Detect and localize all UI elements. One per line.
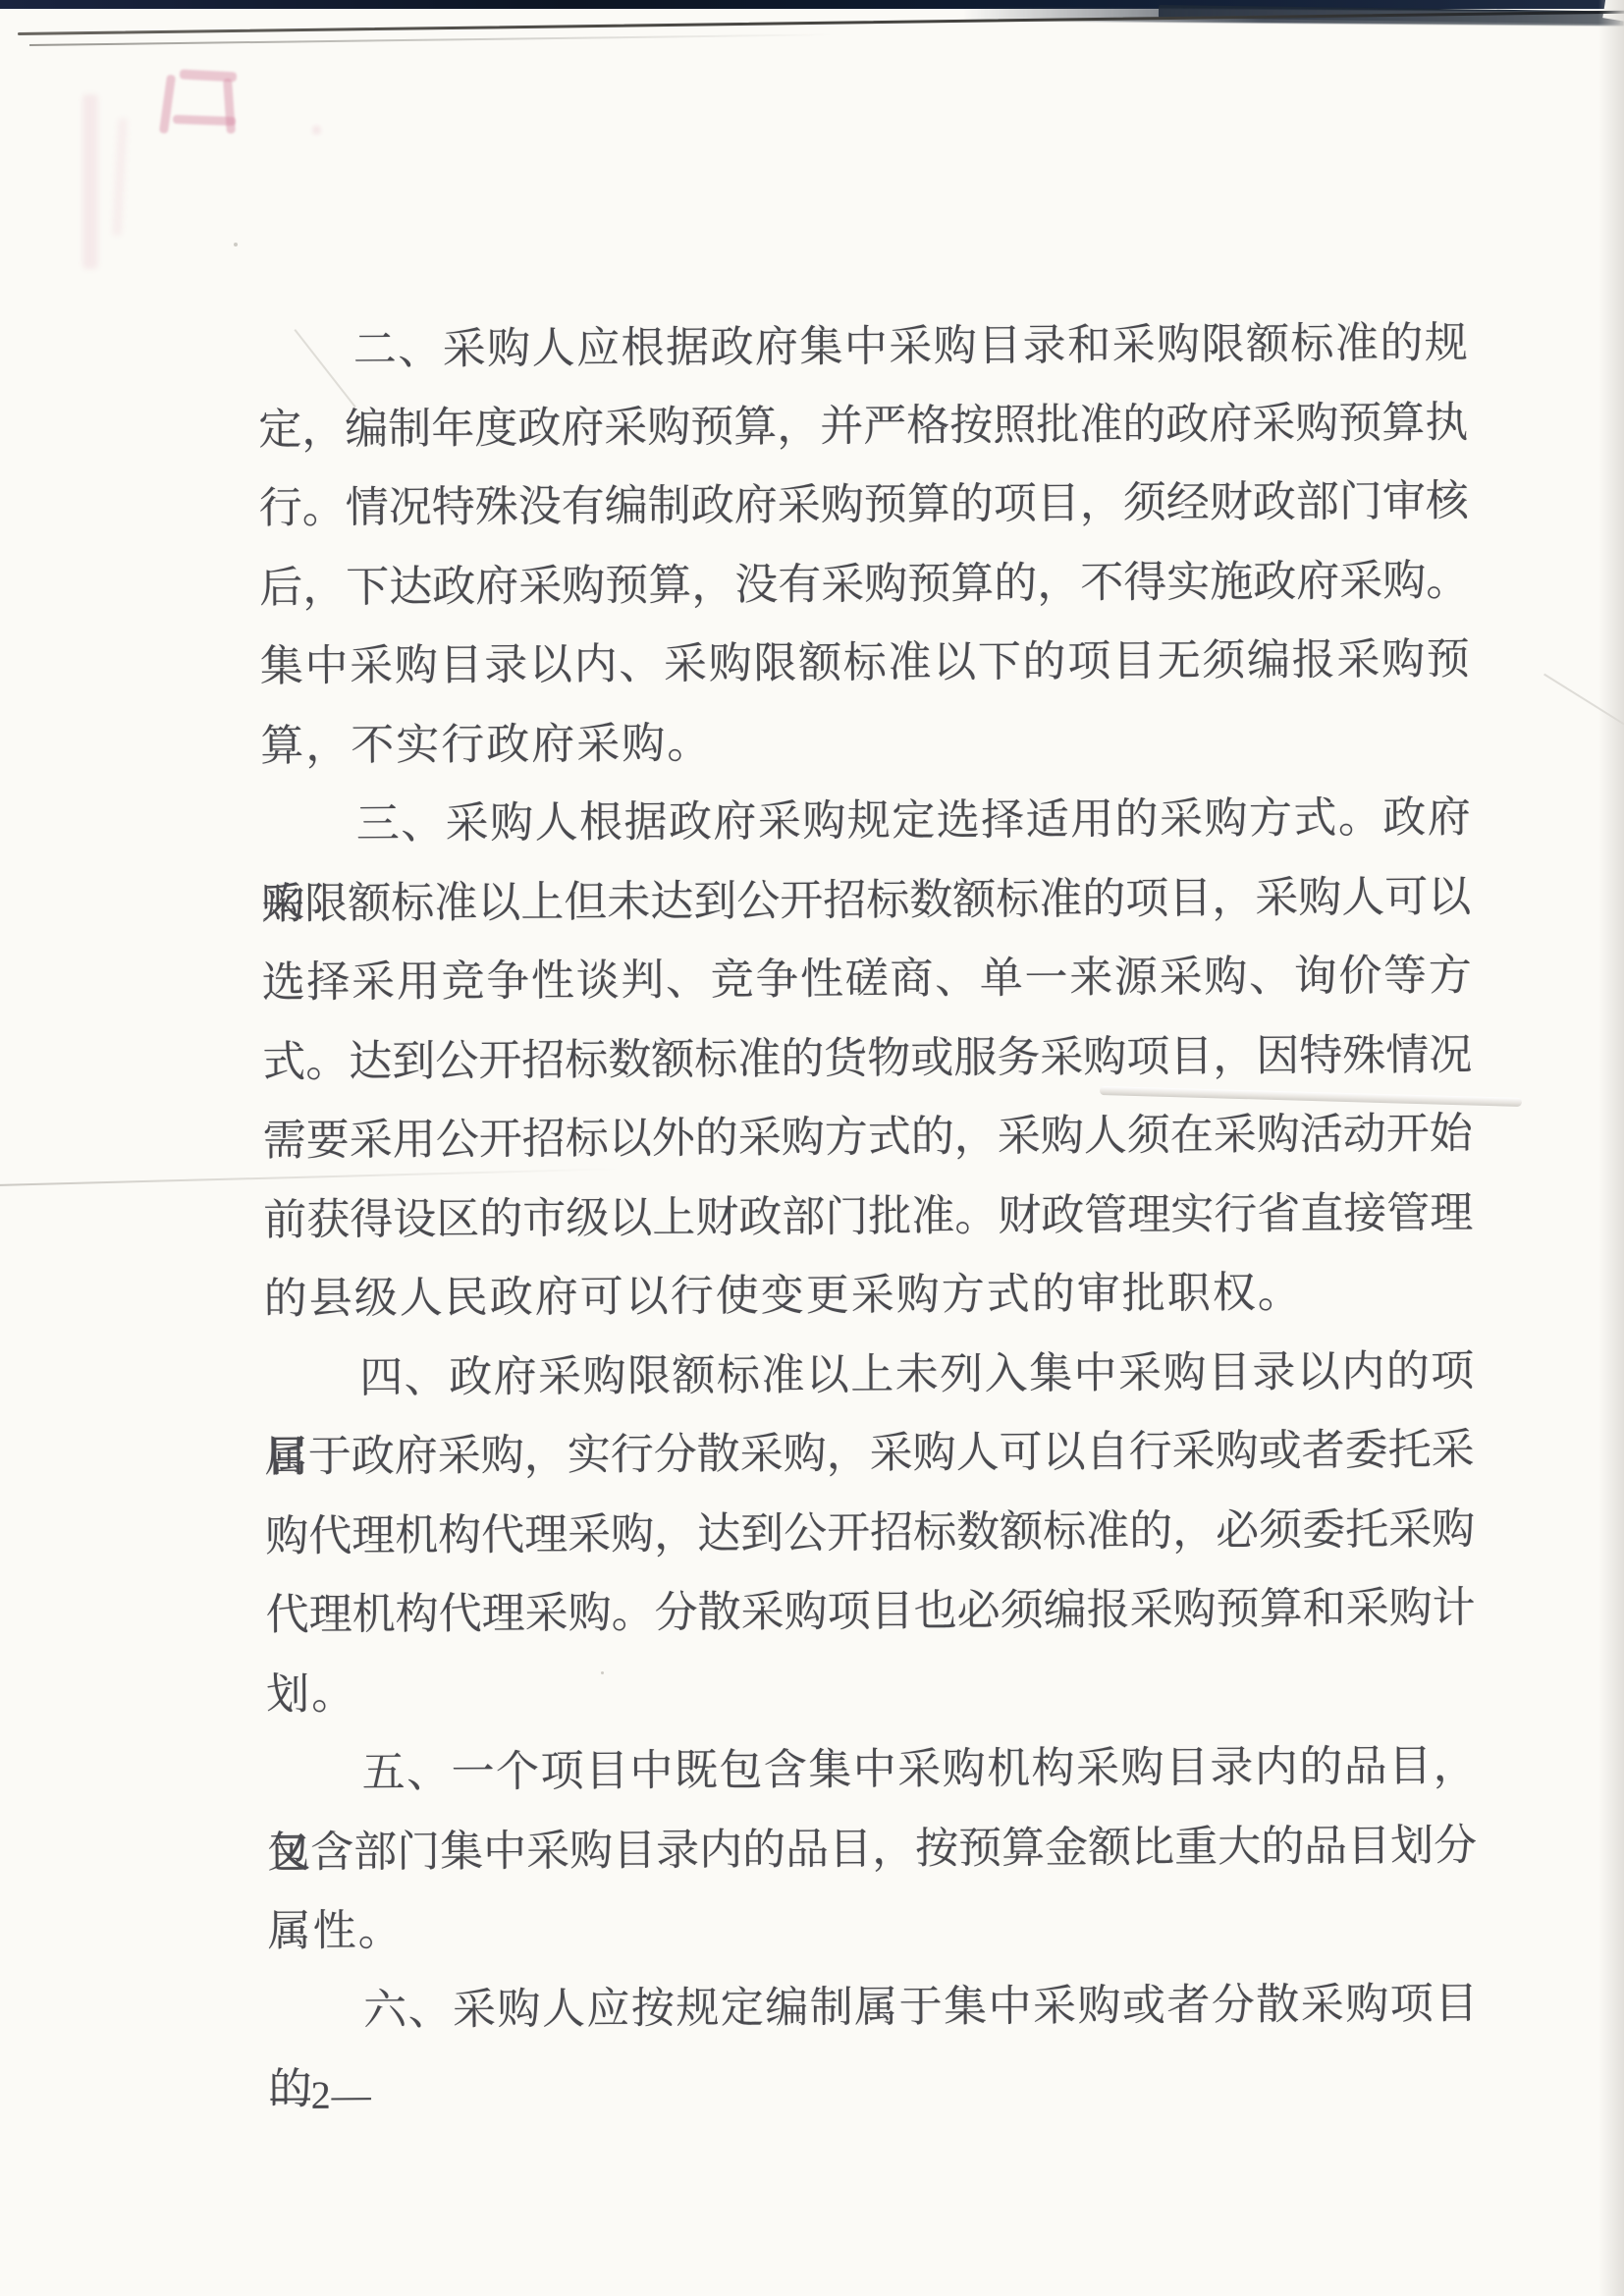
document-body: 二、采购人应根据政府集中采购目录和采购限额标准的规定，编制年度政府采购预算，并严… xyxy=(0,0,1624,2296)
text-line: 行。情况特殊没有编制政府采购预算的项目，须经财政部门审核 xyxy=(259,463,1469,549)
text-line: 的县级人民政府可以行使变更采购方式的审批职权。 xyxy=(264,1253,1474,1339)
text-line: 算，不实行政府采购。 xyxy=(260,699,1470,786)
text-line: 划。 xyxy=(266,1648,1476,1734)
text-line: 属于政府采购，实行分散采购，采购人可以自行采购或者委托采 xyxy=(264,1411,1474,1498)
text-line: 二、采购人应根据政府集中采购目录和采购限额标准的规 xyxy=(258,304,1468,391)
text-line: 定，编制年度政府采购预算，并严格按照批准的政府采购预算执 xyxy=(258,383,1468,469)
page-number: —2— xyxy=(271,2064,372,2128)
text-line: 包含部门集中采购目录内的品目，按预算金额比重大的品目划分 xyxy=(267,1806,1477,1892)
text-line: 购代理机构代理采购，达到公开招标数额标准的，必须委托采购 xyxy=(265,1490,1475,1576)
text-line: 属性。 xyxy=(267,1886,1477,1972)
text-line: 五、一个项目中既包含集中采购机构采购目录内的品目，又 xyxy=(266,1727,1476,1814)
text-line: 购限额标准以上但未达到公开招标数额标准的项目，采购人可以 xyxy=(261,857,1471,944)
document-text: 二、采购人应根据政府集中采购目录和采购限额标准的规定，编制年度政府采购预算，并严… xyxy=(258,304,1479,2050)
text-line: 代理机构代理采购。分散采购项目也必须编报采购预算和采购计 xyxy=(265,1569,1475,1656)
text-line: 式。达到公开招标数额标准的货物或服务采购项目，因特殊情况 xyxy=(262,1015,1472,1102)
text-line: 四、政府采购限额标准以上未列入集中采购目录以内的项目 xyxy=(264,1332,1474,1418)
text-line: 后，下达政府采购预算，没有采购预算的，不得实施政府采购。 xyxy=(259,541,1469,628)
text-line: 前获得设区的市级以上财政部门批准。财政管理实行省直接管理 xyxy=(263,1174,1473,1260)
text-line: 需要采用公开招标以外的采购方式的，采购人须在采购活动开始 xyxy=(263,1095,1473,1181)
scanned-document-page: 二、采购人应根据政府集中采购目录和采购限额标准的规定，编制年度政府采购预算，并严… xyxy=(0,0,1624,2296)
text-line: 三、采购人根据政府采购规定选择适用的采购方式。政府采 xyxy=(261,779,1471,865)
text-line: 选择采用竞争性谈判、竞争性磋商、单一来源采购、询价等方 xyxy=(262,937,1472,1023)
text-line: 集中采购目录以内、采购限额标准以下的项目无须编报采购预 xyxy=(260,621,1470,707)
text-line: 六、采购人应按规定编制属于集中采购或者分散采购项目的 xyxy=(268,1964,1478,2050)
